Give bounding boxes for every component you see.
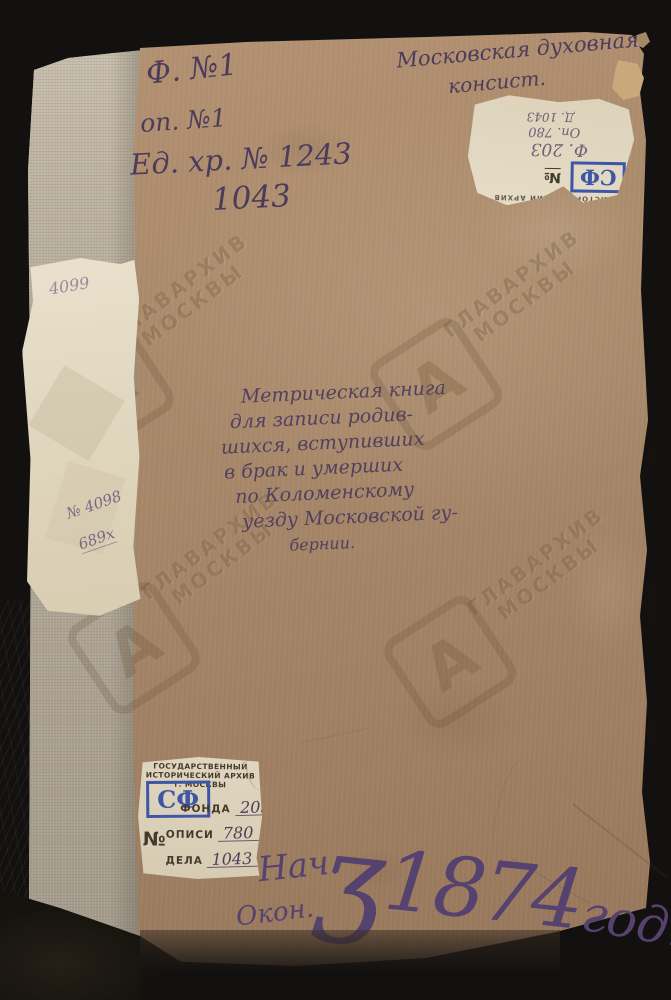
opis-value: 780 xyxy=(218,825,259,842)
side-label-number-top: 4099 xyxy=(48,273,91,298)
number-sign: № xyxy=(544,168,561,185)
inverted-opis-number: Оп. 780 xyxy=(476,123,580,140)
inverted-delo-number: Д. 1043 xyxy=(476,109,574,125)
storage-unit-alt-number: 1043 xyxy=(211,178,292,218)
bottom-page-shadow xyxy=(140,930,560,1000)
delo-value: 1043 xyxy=(207,851,258,868)
delo-row: ДЕЛА 1043 xyxy=(165,851,257,868)
opis-label: ОПИСИ xyxy=(166,829,214,842)
number-sign: № xyxy=(143,828,166,850)
archive-stamp-label: ГОСУДАРСТВЕННЫЙ ИСТОРИЧЕСКИЙ АРХИВ г. МО… xyxy=(137,756,262,879)
sf-stamp: СФ xyxy=(571,161,626,193)
inverted-label-content: ИСТОРИЧЕСКИЙ АРХИВ СФ № Ф. 203 Оп. 780 Д… xyxy=(467,95,635,208)
logo-letter: А xyxy=(410,618,490,705)
logo-letter: А xyxy=(94,604,174,691)
archival-book-cover-scan: ГЛАВАРХИВМОСКВЫ А ГЛАВАРХИВМОСКВЫ А ГЛАВ… xyxy=(0,0,671,1000)
year-word: год. xyxy=(578,884,671,959)
inverted-archive-label: ИСТОРИЧЕСКИЙ АРХИВ СФ № Ф. 203 Оп. 780 Д… xyxy=(467,95,635,208)
year-brace-flourish: ʒ xyxy=(314,825,391,931)
fond-label: ФОНДА xyxy=(180,803,231,816)
inverted-fond-number: Ф. 203 xyxy=(476,138,588,160)
opis-number-inscription: оп. №1 xyxy=(139,103,227,138)
delo-label: ДЕЛА xyxy=(165,855,202,867)
side-paper-label: 4099 № 4098 689х xyxy=(20,257,145,617)
metric-book-title: Метрическая книга для записи родив- шихс… xyxy=(218,374,485,560)
opis-row: ОПИСИ 780 xyxy=(166,825,259,842)
glue-ghost-mark xyxy=(29,365,125,461)
